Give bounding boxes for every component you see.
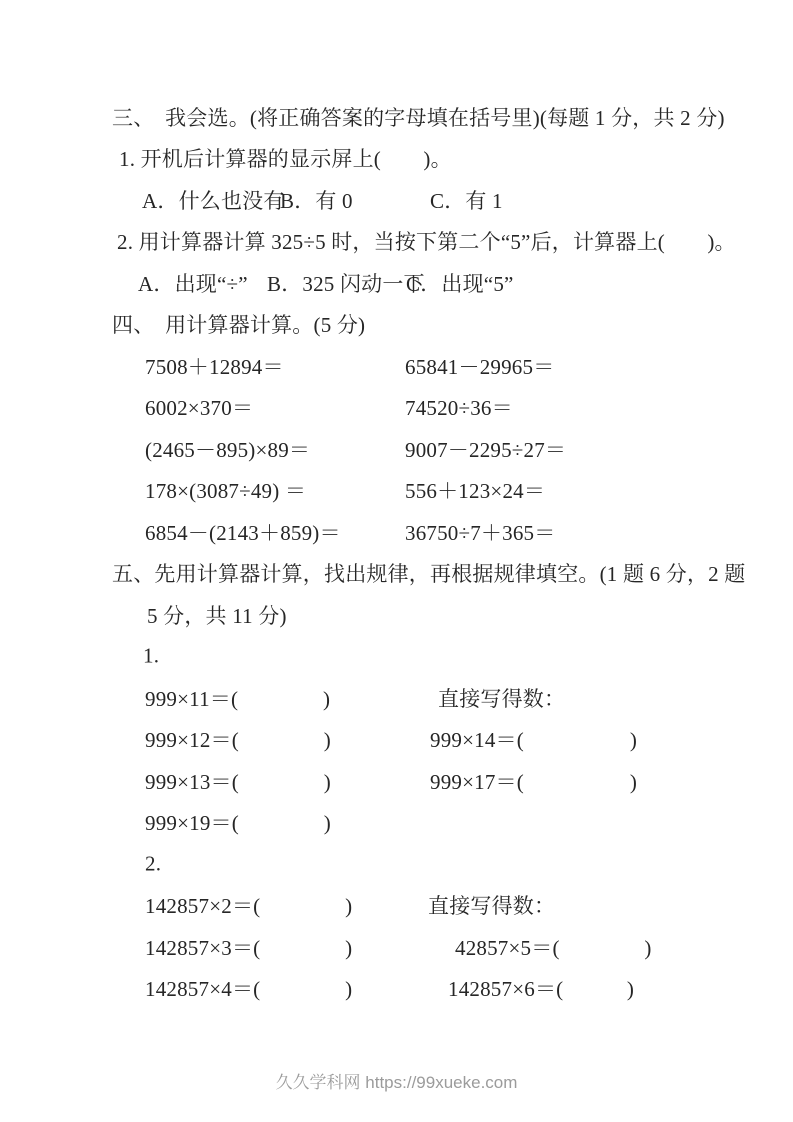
calc-expression-right: 556＋123×24＝ — [405, 475, 545, 505]
part-1-label: 1. — [143, 644, 159, 669]
question-2: 2. 用计算器计算 325÷5 时，当按下第二个“5”后，计算器上( )。 — [0, 221, 793, 263]
section-three: 三、 我会选。(将正确答案的字母填在括号里)(每题 1 分，共 2 分) — [0, 96, 793, 138]
calc-expression-right: 65841－29965＝ — [405, 351, 554, 381]
pattern-equation-right: 999×17＝( ) — [430, 766, 637, 796]
watermark-text: 久久学科网 https://99xueke.com — [276, 1073, 518, 1092]
part-2-label: 2. — [145, 851, 161, 876]
calc-expression-right: 9007－2295÷27＝ — [405, 434, 566, 464]
calc-expression-right: 74520÷36＝ — [405, 392, 513, 422]
pattern-row: 999×11＝( ) 直接写得数： — [0, 677, 793, 719]
pattern-row: 142857×2＝( ) 直接写得数： — [0, 885, 793, 927]
question-1-option-a: A．什么也没有 — [142, 185, 285, 215]
calc-row: (2465－895)×89＝ 9007－2295÷27＝ — [0, 428, 793, 470]
pattern-equation-right: 999×14＝( ) — [430, 724, 637, 754]
question-2-option-c: C．出现“5” — [406, 268, 514, 298]
calc-row: 178×(3087÷49) ＝ 556＋123×24＝ — [0, 470, 793, 512]
pattern-row: 999×13＝( ) 999×17＝( ) — [0, 760, 793, 802]
pattern-equation-right: 42857×5＝( ) — [455, 932, 652, 962]
pattern-equation-left: 999×19＝( ) — [145, 807, 331, 837]
calc-expression-left: 6002×370＝ — [145, 392, 253, 422]
section-five: 五、先用计算器计算，找出规律，再根据规律填空。(1 题 6 分，2 题 — [0, 553, 793, 595]
pattern-equation-left: 142857×2＝( ) — [145, 890, 352, 920]
worksheet-page: 三、 我会选。(将正确答案的字母填在括号里)(每题 1 分，共 2 分) 1. … — [0, 0, 793, 1122]
question-1-option-b: B．有 0 — [280, 185, 353, 215]
watermark: 久久学科网 https://99xueke.com — [0, 1068, 793, 1093]
calc-expression-left: 7508＋12894＝ — [145, 351, 284, 381]
pattern-equation-left: 999×12＝( ) — [145, 724, 331, 754]
part-1: 1. — [0, 636, 793, 678]
section-five-heading-continued: 5 分，共 11 分) — [0, 594, 793, 636]
part-2: 2. — [0, 843, 793, 885]
pattern-row: 142857×3＝( ) 42857×5＝( ) — [0, 926, 793, 968]
section-four: 四、 用计算器计算。(5 分) — [0, 304, 793, 346]
calc-row: 7508＋12894＝ 65841－29965＝ — [0, 345, 793, 387]
pattern-equation-left: 142857×4＝( ) — [145, 973, 352, 1003]
pattern-row: 999×19＝( ) — [0, 802, 793, 844]
question-2-option-b: B．325 闪动一下 — [267, 268, 425, 298]
calc-expression-left: 178×(3087÷49) ＝ — [145, 475, 306, 505]
section-five-heading-line1: 五、先用计算器计算，找出规律，再根据规律填空。(1 题 6 分，2 题 — [112, 558, 746, 588]
calc-row: 6002×370＝ 74520÷36＝ — [0, 387, 793, 429]
question-2-option-a: A．出现“÷” — [138, 268, 248, 298]
section-four-heading: 四、 用计算器计算。(5 分) — [112, 309, 365, 339]
pattern-row: 999×12＝( ) 999×14＝( ) — [0, 719, 793, 761]
calc-row: 6854－(2143＋859)＝ 36750÷7＋365＝ — [0, 511, 793, 553]
question-1-option-c: C．有 1 — [430, 185, 503, 215]
direct-answer-label: 直接写得数： — [438, 683, 565, 713]
worksheet-body: 三、 我会选。(将正确答案的字母填在括号里)(每题 1 分，共 2 分) 1. … — [0, 96, 793, 1009]
question-1-options: A．什么也没有 B．有 0 C．有 1 — [0, 179, 793, 221]
pattern-equation-right: 142857×6＝( ) — [448, 973, 634, 1003]
pattern-row: 142857×4＝( ) 142857×6＝( ) — [0, 968, 793, 1010]
section-five-heading-line2: 5 分，共 11 分) — [147, 600, 287, 630]
calc-expression-right: 36750÷7＋365＝ — [405, 517, 555, 547]
pattern-equation-left: 142857×3＝( ) — [145, 932, 352, 962]
question-2-stem: 2. 用计算器计算 325÷5 时，当按下第二个“5”后，计算器上( )。 — [117, 226, 736, 256]
question-2-options: A．出现“÷” B．325 闪动一下 C．出现“5” — [0, 262, 793, 304]
section-three-heading: 三、 我会选。(将正确答案的字母填在括号里)(每题 1 分，共 2 分) — [112, 102, 725, 132]
direct-answer-label: 直接写得数： — [428, 890, 555, 920]
question-1: 1. 开机后计算器的显示屏上( )。 — [0, 138, 793, 180]
calc-expression-left: 6854－(2143＋859)＝ — [145, 517, 341, 547]
question-1-stem: 1. 开机后计算器的显示屏上( )。 — [119, 143, 452, 173]
pattern-equation-left: 999×11＝( ) — [145, 683, 330, 713]
calc-expression-left: (2465－895)×89＝ — [145, 434, 310, 464]
pattern-equation-left: 999×13＝( ) — [145, 766, 331, 796]
